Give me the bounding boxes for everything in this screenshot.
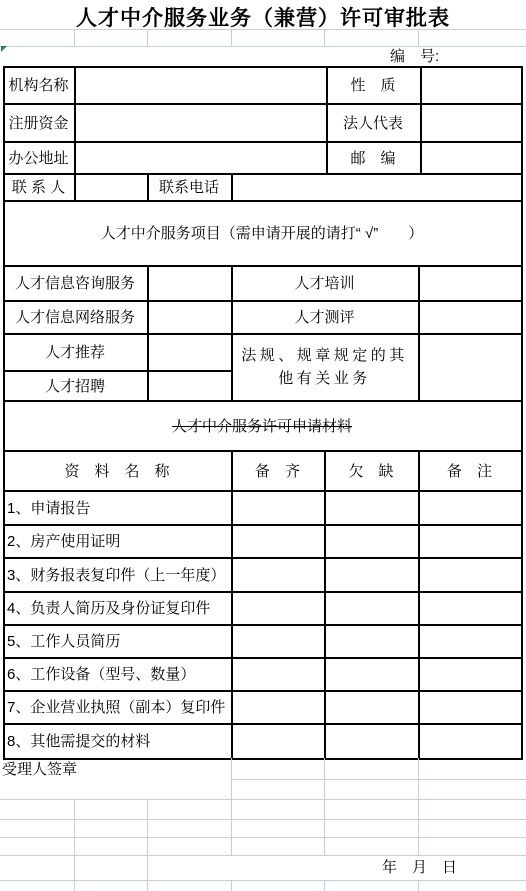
service-item-label: 人才培训 (231, 265, 418, 300)
grid-line (324, 880, 325, 891)
material-note-cell[interactable] (420, 725, 519, 756)
form-title: 人才中介服务业务（兼营）许可审批表 (0, 2, 526, 32)
capital-label: 注册资金 (3, 103, 74, 141)
grid-line (0, 819, 526, 820)
grid-line (418, 880, 419, 891)
grid-line (147, 29, 148, 46)
grid-line (0, 799, 526, 800)
material-missing-cell[interactable] (326, 659, 416, 688)
service-item-label: 人才招聘 (3, 370, 147, 400)
service-item-label: 人才信息咨询服务 (3, 265, 147, 300)
materials-section-header: 人才中介服务许可申请材料 (3, 400, 521, 450)
grid-line (231, 880, 232, 891)
material-note-cell[interactable] (420, 593, 519, 622)
material-missing-cell[interactable] (326, 593, 416, 622)
services-section-header: 人才中介服务项目（需申请开展的请打“ √” ） (3, 200, 521, 265)
address-input-cell[interactable] (76, 143, 325, 171)
material-ready-cell[interactable] (233, 526, 322, 555)
contact-input-cell[interactable] (76, 175, 145, 198)
grid-line (231, 758, 232, 855)
material-ready-cell[interactable] (233, 692, 322, 721)
grid-line (0, 880, 526, 881)
contact-label: 联 系 人 (3, 173, 74, 200)
grid-line (324, 758, 325, 855)
material-row-label: 5、工作人员简历 (3, 624, 235, 657)
grid-line (0, 29, 526, 30)
table-border-line (521, 66, 523, 760)
material-missing-cell[interactable] (326, 626, 416, 655)
service-tick-cell[interactable] (149, 335, 229, 368)
grid-line (74, 799, 75, 891)
nature-input-cell[interactable] (422, 68, 520, 102)
legal-rep-input-cell[interactable] (422, 105, 520, 139)
material-ready-cell[interactable] (233, 593, 322, 622)
service-tick-cell[interactable] (420, 335, 519, 398)
materials-col-header: 欠 缺 (324, 450, 418, 490)
address-label: 办公地址 (3, 141, 74, 173)
service-item-label: 法规、规章规定的其他有关业务 (231, 333, 418, 400)
material-ready-cell[interactable] (233, 659, 322, 688)
material-row-label: 2、房产使用证明 (3, 524, 235, 557)
material-row-label: 4、负责人简历及身份证复印件 (3, 591, 235, 624)
org-name-label: 机构名称 (3, 66, 74, 103)
serial-number-label: 编 号: (390, 45, 480, 65)
grid-line (231, 779, 526, 780)
service-item-label: 人才信息网络服务 (3, 300, 147, 333)
material-note-cell[interactable] (420, 559, 519, 589)
postcode-input-cell[interactable] (422, 143, 520, 171)
cell-error-indicator-triangle (1, 46, 7, 52)
material-row-label: 3、财务报表复印件（上一年度） (3, 557, 235, 591)
material-row-label: 6、工作设备（型号、数量） (3, 657, 235, 690)
material-missing-cell[interactable] (326, 559, 416, 589)
service-tick-cell[interactable] (420, 267, 519, 298)
grid-line (74, 29, 75, 46)
material-ready-cell[interactable] (233, 559, 322, 589)
service-tick-cell[interactable] (420, 302, 519, 331)
material-ready-cell[interactable] (233, 626, 322, 655)
materials-col-header: 资 料 名 称 (3, 450, 231, 490)
materials-col-header: 备 齐 (231, 450, 324, 490)
phone-input-cell[interactable] (233, 175, 519, 198)
material-note-cell[interactable] (420, 492, 519, 522)
grid-line (418, 758, 419, 855)
org-name-input-cell[interactable] (76, 68, 325, 102)
material-missing-cell[interactable] (326, 526, 416, 555)
material-note-cell[interactable] (420, 692, 519, 721)
nature-label: 性 质 (326, 66, 420, 103)
grid-line (324, 29, 325, 46)
service-item-label: 人才推荐 (3, 333, 147, 370)
material-note-cell[interactable] (420, 659, 519, 688)
material-missing-cell[interactable] (326, 725, 416, 756)
grid-line (418, 29, 419, 46)
service-tick-cell[interactable] (149, 302, 229, 331)
materials-col-header: 备 注 (418, 450, 521, 490)
grid-line (0, 837, 526, 838)
material-row-label: 7、企业营业执照（副本）复印件 (3, 690, 235, 723)
form-page: 人才中介服务业务（兼营）许可审批表 编 号: 机构名称 性 质 注册资金 (0, 0, 526, 891)
service-tick-cell[interactable] (149, 267, 229, 298)
material-missing-cell[interactable] (326, 492, 416, 522)
date-label: 年 月 日 (382, 856, 492, 876)
material-row-label: 8、其他需提交的材料 (3, 723, 235, 758)
postcode-label: 邮 编 (326, 141, 420, 173)
service-item-label: 人才测评 (231, 300, 418, 333)
material-ready-cell[interactable] (233, 725, 322, 756)
legal-rep-label: 法人代表 (326, 103, 420, 141)
service-tick-cell[interactable] (149, 372, 229, 398)
phone-label: 联系电话 (147, 173, 231, 200)
material-note-cell[interactable] (420, 526, 519, 555)
material-ready-cell[interactable] (233, 492, 322, 522)
grid-line (231, 29, 232, 46)
acceptor-signature-label: 受理人签章 (0, 758, 162, 779)
material-row-label: 1、申请报告 (3, 490, 235, 524)
capital-input-cell[interactable] (76, 105, 325, 139)
material-missing-cell[interactable] (326, 692, 416, 721)
material-note-cell[interactable] (420, 626, 519, 655)
grid-line (147, 799, 148, 891)
